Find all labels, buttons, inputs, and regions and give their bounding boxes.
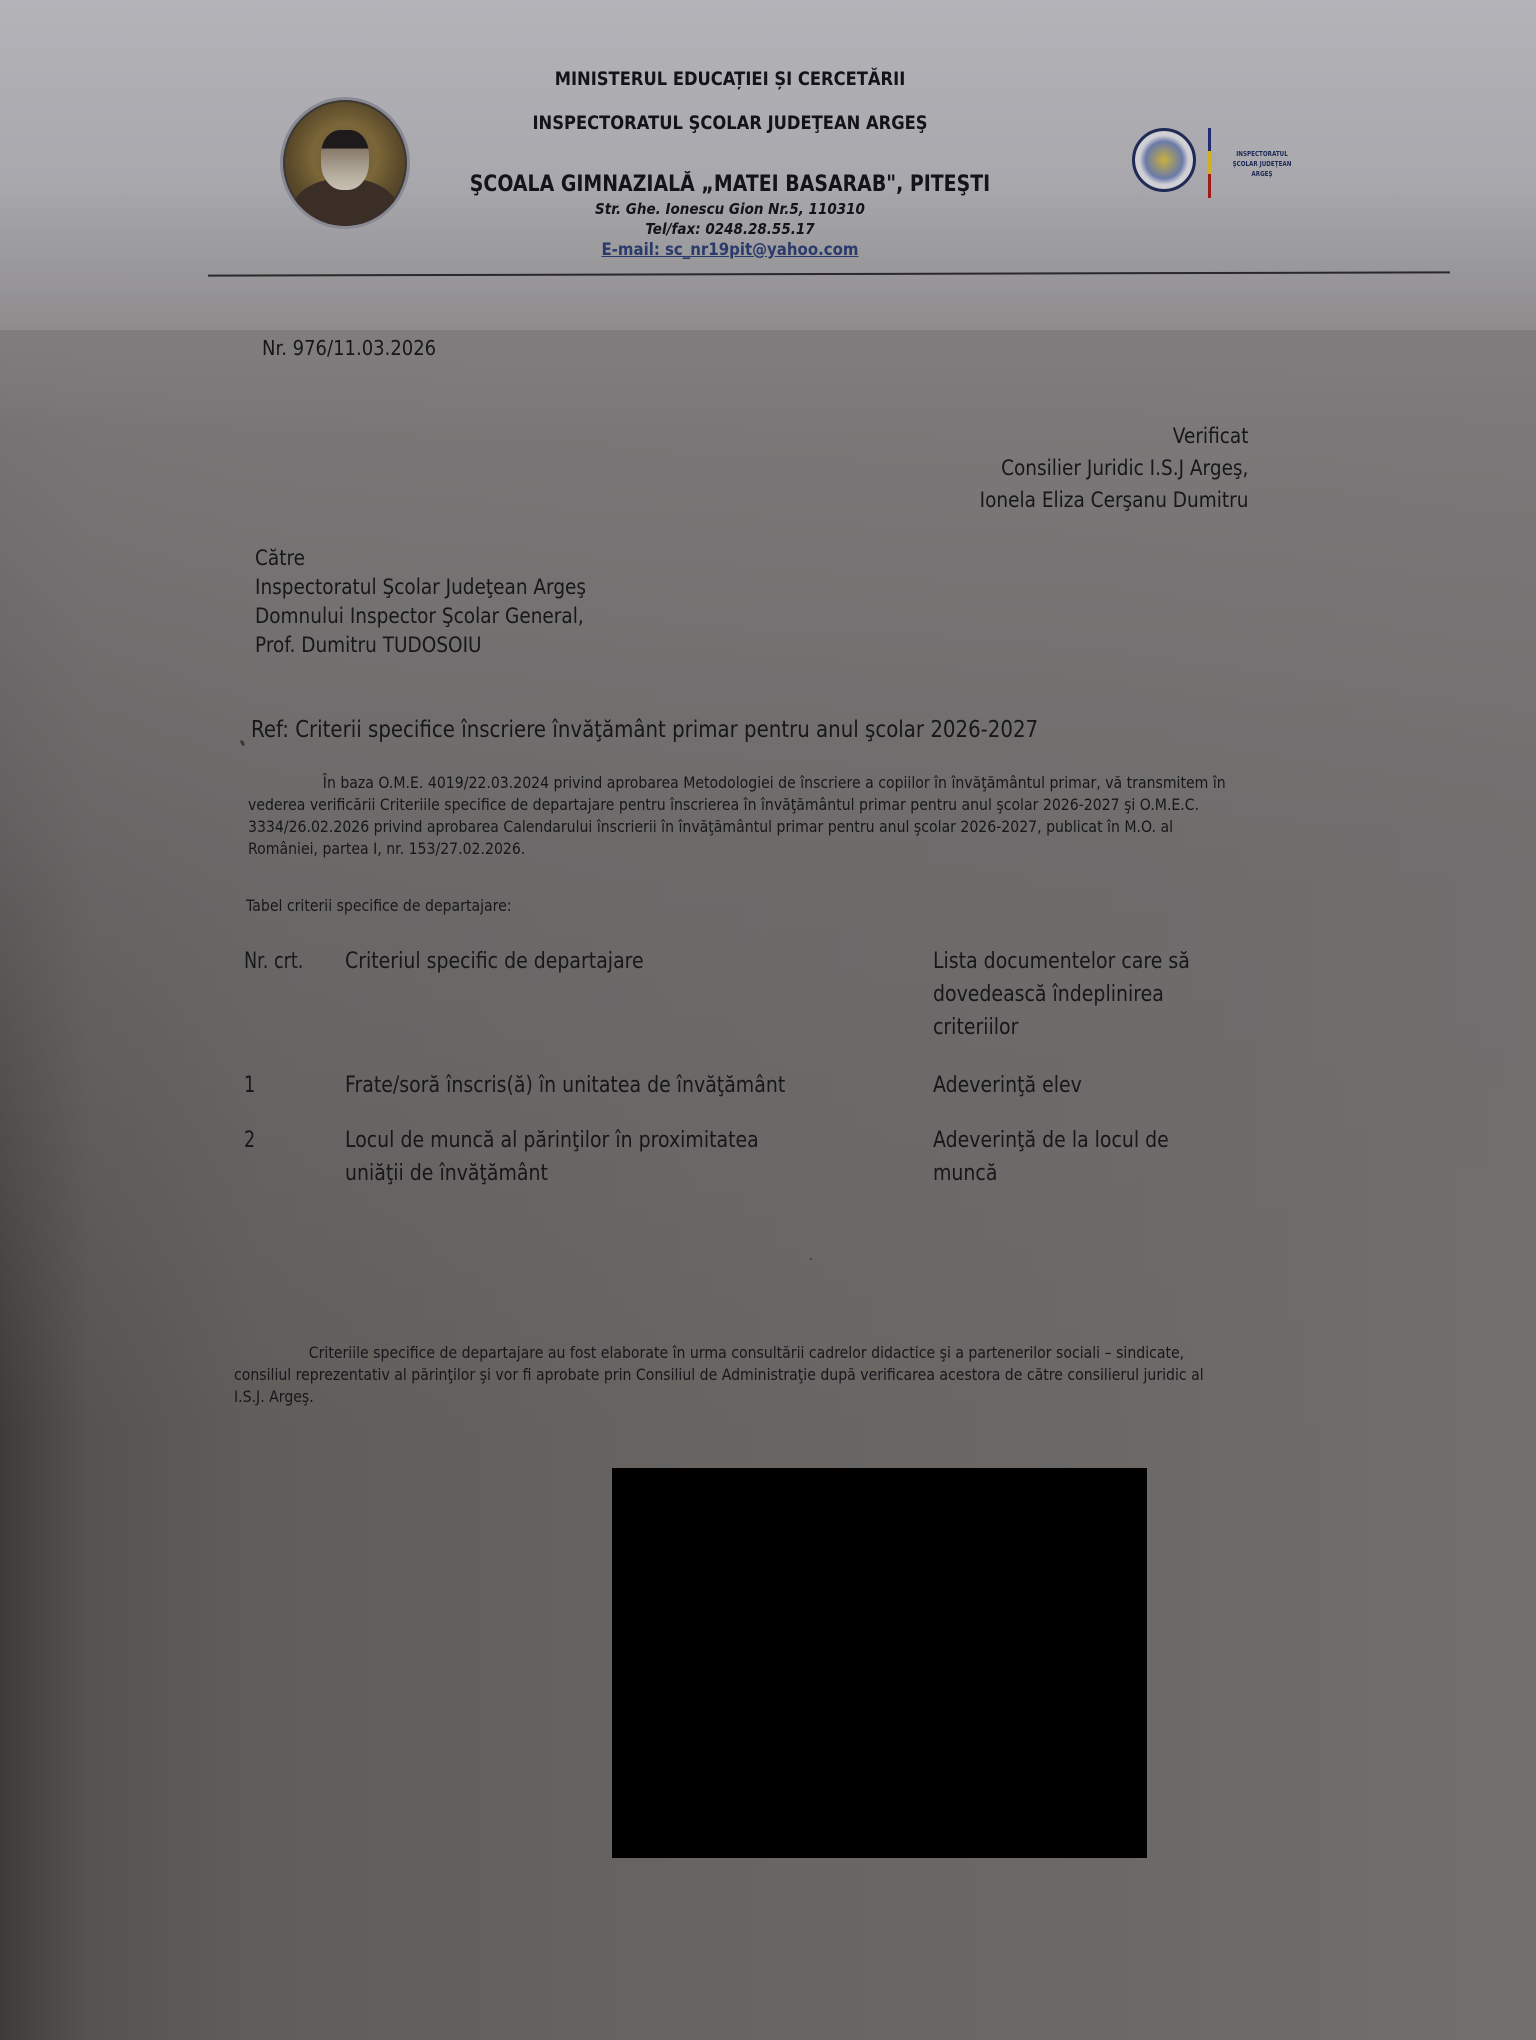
letterhead-inspectorate: INSPECTORATUL ŞCOLAR JUDEŢEAN ARGEŞ (463, 112, 996, 134)
closing-paragraph: Criteriile specifice de departajare au f… (234, 1342, 1237, 1408)
isj-logo-text: INSPECTORATUL ŞCOLAR JUDEŢEAN ARGEŞ (1224, 149, 1301, 179)
recipient-line: Prof. Dumitru TUDOSOIU (255, 631, 586, 660)
registration-number: Nr. 976/11.03.2026 (262, 336, 436, 360)
intro-paragraph-text: În baza O.M.E. 4019/22.03.2024 privind a… (248, 772, 1242, 860)
row-criterion: Locul de muncă al părinţilor în proximit… (345, 1124, 933, 1212)
table-row: 1 Frate/soră înscris(ă) în unitatea de î… (244, 1069, 1274, 1124)
row-nr: 2 (244, 1124, 345, 1212)
row-criterion: Frate/soră înscris(ă) în unitatea de înv… (345, 1069, 933, 1124)
reference-subject: Ref: Criterii specifice înscriere învăţă… (251, 717, 1038, 743)
recipient-line: Domnului Inspector Şcolar General, (255, 602, 586, 631)
intro-paragraph: În baza O.M.E. 4019/22.03.2024 privind a… (248, 772, 1242, 860)
row-nr: 1 (244, 1069, 345, 1124)
isj-arges-emblem-icon (1132, 128, 1196, 192)
redacted-signature-box (612, 1468, 1147, 1858)
verification-line: Verificat (979, 420, 1248, 452)
verification-line: Ionela Eliza Cerşanu Dumitru (979, 484, 1248, 516)
header-nr: Nr. crt. (244, 945, 345, 1069)
letterhead-address: Str. Ghe. Ionescu Gion Nr.5, 110310 (550, 200, 910, 218)
row-documents: Adeverinţă elev (933, 1069, 1274, 1124)
speck (810, 1258, 812, 1260)
recipient-line: Inspectoratul Şcolar Judeţean Argeş (255, 573, 586, 602)
verification-block: Verificat Consilier Juridic I.S.J Argeş,… (979, 420, 1248, 516)
letterhead-divider (208, 271, 1450, 276)
table-row: 2 Locul de muncă al părinţilor în proxim… (244, 1124, 1274, 1212)
closing-paragraph-text: Criteriile specifice de departajare au f… (234, 1342, 1237, 1408)
tricolor-divider (1208, 128, 1211, 198)
criteria-table: Nr. crt. Criteriul specific de departaja… (244, 945, 1274, 1212)
header-criterion: Criteriul specific de departajare (345, 945, 933, 1069)
recipient-block: Către Inspectoratul Şcolar Judeţean Arge… (255, 544, 586, 660)
letterhead-telfax: Tel/fax: 0248.28.55.17 (550, 220, 910, 238)
school-logo-matei-basarab-portrait (280, 97, 410, 229)
letterhead-school-name: ŞCOALA GIMNAZIALĂ „MATEI BASARAB", PITEŞ… (429, 172, 1031, 197)
table-header-row: Nr. crt. Criteriul specific de departaja… (244, 945, 1274, 1069)
pen-mark (240, 740, 246, 747)
recipient-line: Către (255, 544, 586, 573)
portrait-face (321, 130, 369, 190)
verification-line: Consilier Juridic I.S.J Argeş, (979, 452, 1248, 484)
letterhead-ministry: MINISTERUL EDUCAȚIEI ȘI CERCETĂRII (472, 68, 988, 90)
header-documents: Lista documentelor care să dovedească în… (933, 945, 1274, 1069)
paper-shade (0, 330, 1536, 1430)
row-documents: Adeverinţă de la locul de muncă (933, 1124, 1274, 1212)
letterhead-email-link[interactable]: E-mail: sc_nr19pit@yahoo.com (554, 240, 906, 260)
table-caption: Tabel criterii specifice de departajare: (246, 896, 512, 915)
